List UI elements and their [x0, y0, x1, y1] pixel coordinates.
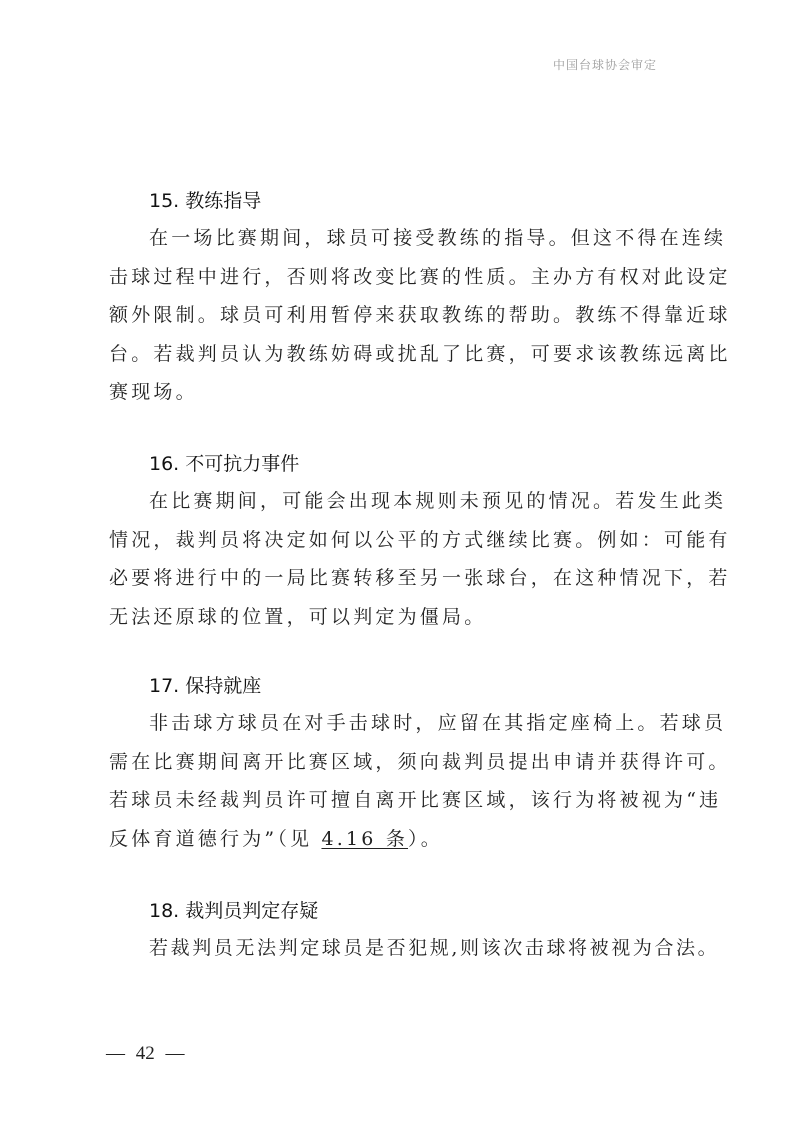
section-17-remain-seated: 17. 保持就座 非击球方球员在对手击球时，应留在其指定座椅上。若球员 需在比赛…	[109, 668, 709, 858]
body-text: ）。	[408, 828, 443, 850]
body-text: 反体育道德行为”（见	[109, 828, 312, 850]
body-line: 必要将进行中的一局比赛转移至另一张球台，在这种情况下，若	[109, 559, 709, 598]
header-approval-note: 中国台球协会审定	[553, 56, 657, 73]
section-body: 若裁判员无法判定球员是否犯规,则该次击球将被视为合法。	[109, 929, 709, 968]
body-line: 若球员未经裁判员许可擅自离开比赛区域，该行为将被视为“违	[109, 781, 709, 820]
body-line: 额外限制。球员可利用暂停来获取教练的帮助。教练不得靠近球	[109, 296, 709, 335]
section-title: 17. 保持就座	[109, 668, 709, 704]
body-line-with-reference: 反体育道德行为”（见 4.16 条）。	[109, 820, 709, 859]
rule-reference-link[interactable]: 4.16 条	[321, 828, 408, 850]
body-line: 需在比赛期间离开比赛区域，须向裁判员提出申请并获得许可。	[109, 743, 709, 782]
section-15-coaching: 15. 教练指导 在一场比赛期间，球员可接受教练的指导。但这不得在连续 击球过程…	[109, 183, 709, 412]
body-line: 台。若裁判员认为教练妨碍或扰乱了比赛，可要求该教练远离比	[109, 335, 709, 374]
body-line: 无法还原球的位置，可以判定为僵局。	[109, 598, 709, 637]
section-body: 非击球方球员在对手击球时，应留在其指定座椅上。若球员 需在比赛期间离开比赛区域，…	[109, 704, 709, 858]
section-18-referee-doubt: 18. 裁判员判定存疑 若裁判员无法判定球员是否犯规,则该次击球将被视为合法。	[109, 893, 709, 968]
body-line: 在一场比赛期间，球员可接受教练的指导。但这不得在连续	[109, 219, 709, 258]
section-16-force-majeure: 16. 不可抗力事件 在比赛期间，可能会出现本规则未预见的情况。若发生此类 情况…	[109, 446, 709, 636]
body-line: 非击球方球员在对手击球时，应留在其指定座椅上。若球员	[109, 704, 709, 743]
body-line: 赛现场。	[109, 373, 709, 412]
section-title: 16. 不可抗力事件	[109, 446, 709, 482]
section-body: 在一场比赛期间，球员可接受教练的指导。但这不得在连续 击球过程中进行，否则将改变…	[109, 219, 709, 412]
page-number: — 42 —	[106, 1043, 185, 1065]
body-line: 情况，裁判员将决定如何以公平的方式继续比赛。例如：可能有	[109, 521, 709, 560]
body-line: 击球过程中进行，否则将改变比赛的性质。主办方有权对此设定	[109, 258, 709, 297]
body-line: 在比赛期间，可能会出现本规则未预见的情况。若发生此类	[109, 482, 709, 521]
section-body: 在比赛期间，可能会出现本规则未预见的情况。若发生此类 情况，裁判员将决定如何以公…	[109, 482, 709, 636]
section-title: 15. 教练指导	[109, 183, 709, 219]
body-line: 若裁判员无法判定球员是否犯规,则该次击球将被视为合法。	[109, 929, 709, 968]
section-title: 18. 裁判员判定存疑	[109, 893, 709, 929]
